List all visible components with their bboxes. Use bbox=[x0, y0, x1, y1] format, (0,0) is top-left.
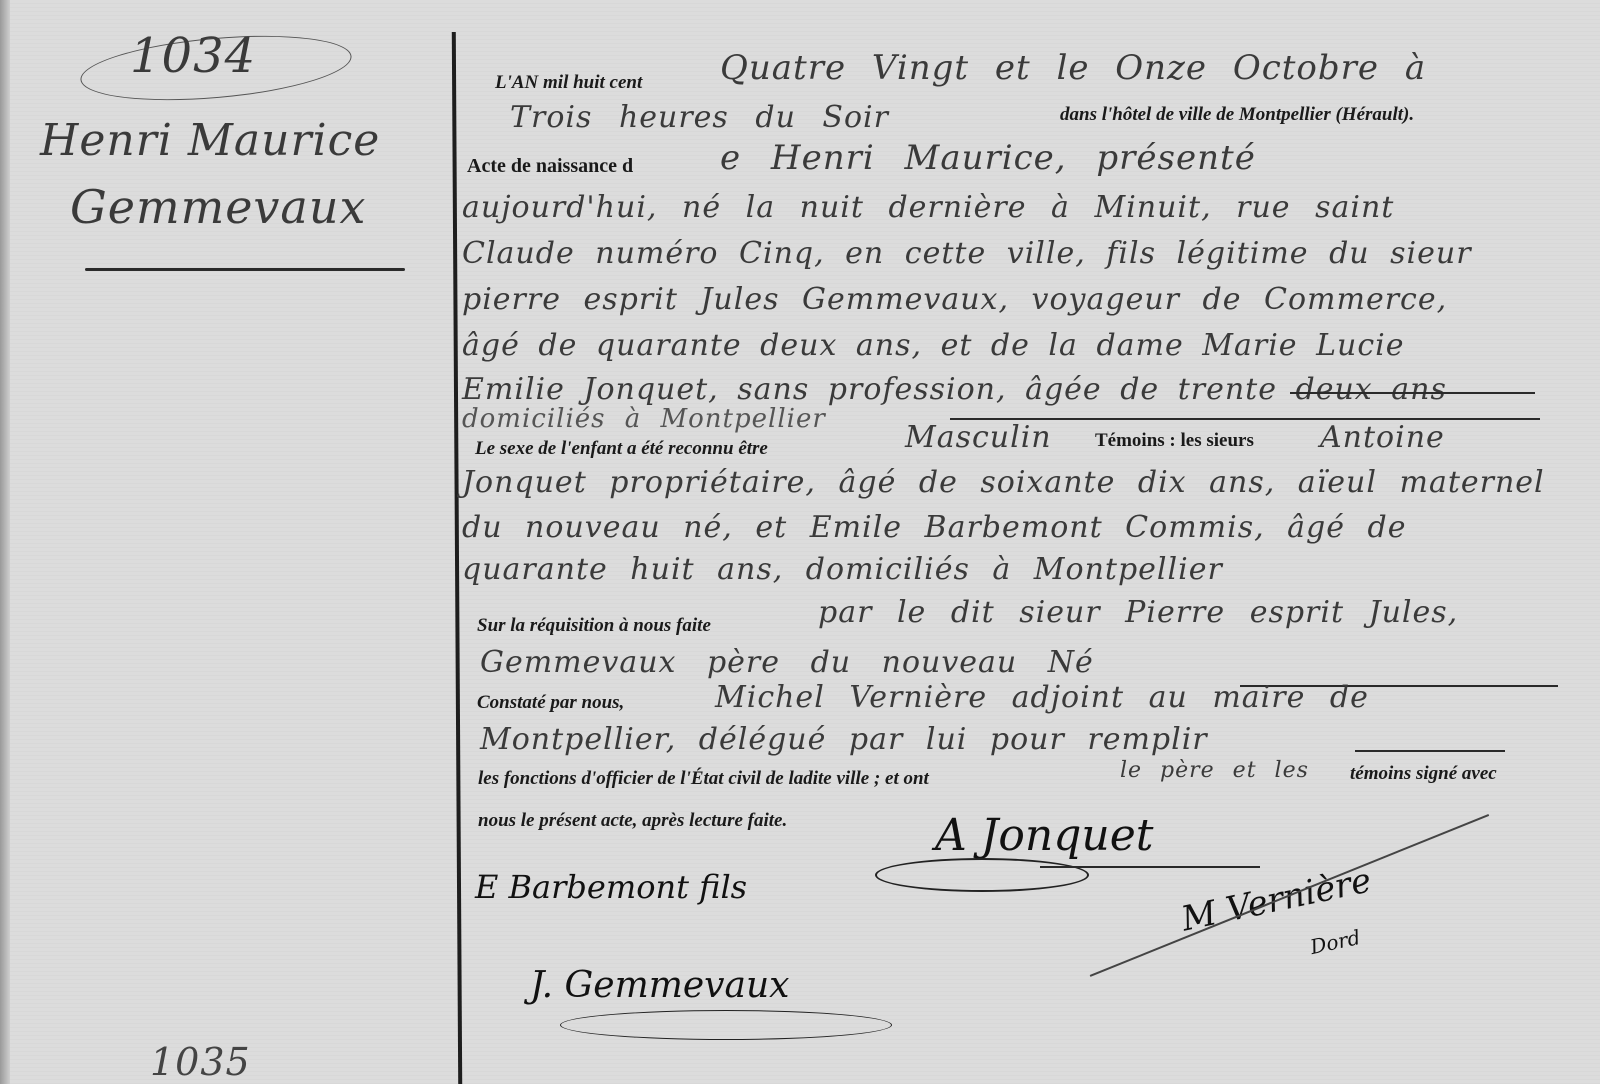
printed-requisition-label: Sur la réquisition à nous faite bbox=[477, 615, 711, 637]
signature-flourish bbox=[875, 858, 1089, 892]
printed-sex-label: Le sexe de l'enfant a été reconnu être bbox=[475, 438, 768, 460]
printed-functions-text: les fonctions d'officier de l'État civil… bbox=[478, 768, 929, 790]
handwritten-line: du nouveau né, et Emile Barbemont Commis… bbox=[462, 510, 1407, 545]
signature-officer-note: Dord bbox=[1308, 925, 1362, 959]
column-divider bbox=[452, 32, 462, 1084]
handwritten-line: quarante huit ans, domiciliés à Montpell… bbox=[462, 552, 1223, 587]
printed-year-prefix: L'AN mil huit cent bbox=[495, 72, 642, 94]
printed-place: dans l'hôtel de ville de Montpellier (Hé… bbox=[1060, 104, 1414, 126]
handwritten-line: pierre esprit Jules Gemmevaux, voyageur … bbox=[462, 282, 1447, 317]
fill-line bbox=[1290, 392, 1535, 394]
signature-flourish bbox=[560, 1010, 892, 1040]
handwritten-sex: Masculin bbox=[905, 420, 1052, 455]
handwritten-declarant: par le dit sieur Pierre esprit Jules, bbox=[818, 595, 1458, 630]
printed-witnesses-label: Témoins : les sieurs bbox=[1095, 430, 1254, 452]
handwritten-line: Gemmevaux père du nouveau Né bbox=[480, 645, 1094, 680]
margin-underline bbox=[85, 268, 405, 271]
margin-surname: Gemmevaux bbox=[70, 180, 366, 234]
handwritten-line: domiciliés à Montpellier bbox=[462, 404, 826, 434]
handwritten-line: Claude numéro Cinq, en cette ville, fils… bbox=[462, 236, 1472, 271]
birth-record-page: 1034 Henri Maurice Gemmevaux 1035 L'AN m… bbox=[0, 0, 1600, 1084]
signature-witness-2: E Barbemont fils bbox=[475, 868, 747, 906]
handwritten-official: Michel Vernière adjoint au maire de bbox=[715, 680, 1369, 715]
signature-underline bbox=[1040, 866, 1260, 868]
next-entry-number: 1035 bbox=[150, 1040, 251, 1084]
handwritten-witness-first-name: Antoine bbox=[1320, 420, 1445, 455]
handwritten-line: aujourd'hui, né la nuit dernière à Minui… bbox=[462, 190, 1394, 225]
handwritten-line: Montpellier, délégué par lui pour rempli… bbox=[480, 722, 1208, 757]
fill-line bbox=[1355, 750, 1505, 752]
printed-functions-text-end: témoins signé avec bbox=[1350, 763, 1497, 785]
signature-witness-1: A Jonquet bbox=[935, 810, 1153, 861]
handwritten-signers: le père et les bbox=[1120, 758, 1309, 783]
handwritten-date: Quatre Vingt et le Onze Octobre à bbox=[720, 48, 1426, 88]
handwritten-time: Trois heures du Soir bbox=[510, 100, 889, 135]
page-binding-edge bbox=[0, 0, 10, 1084]
signature-father: J. Gemmevaux bbox=[530, 965, 789, 1006]
printed-act-title: Acte de naissance d bbox=[467, 155, 633, 178]
handwritten-line: âgé de quarante deux ans, et de la dame … bbox=[462, 328, 1405, 363]
handwritten-child-name: e Henri Maurice, présenté bbox=[720, 138, 1256, 178]
printed-official-label: Constaté par nous, bbox=[477, 692, 624, 714]
handwritten-line: Emilie Jonquet, sans profession, âgée de… bbox=[462, 372, 1447, 407]
printed-closing-text: nous le présent acte, après lecture fait… bbox=[478, 810, 787, 832]
entry-number: 1034 bbox=[130, 28, 256, 84]
margin-given-names: Henri Maurice bbox=[40, 115, 380, 166]
handwritten-line: Jonquet propriétaire, âgé de soixante di… bbox=[462, 465, 1545, 500]
